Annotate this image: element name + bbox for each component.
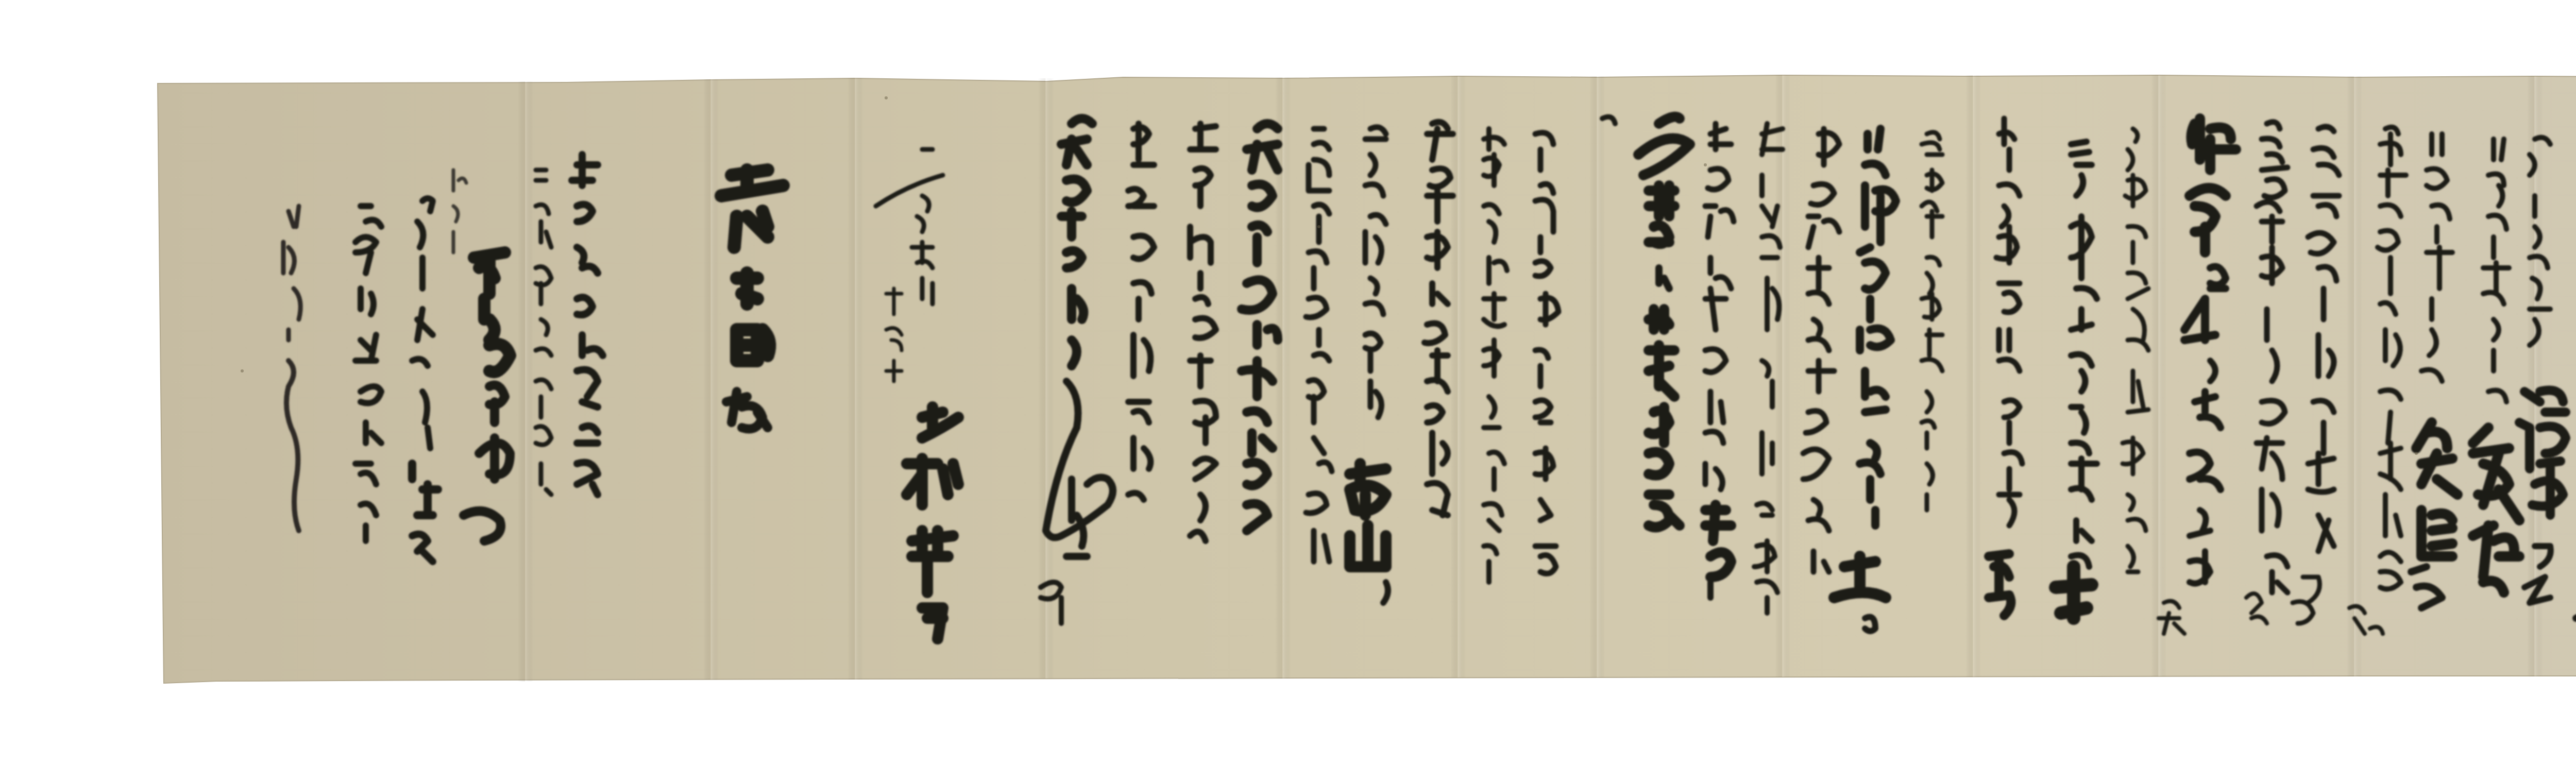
scroll-photograph: Japanese handwritten letter (sōsho cursi… xyxy=(0,0,2576,763)
calligraphy-letter-scroll xyxy=(0,0,2576,763)
document-type: Japanese handwritten letter (sōsho cursi… xyxy=(0,0,1,1)
